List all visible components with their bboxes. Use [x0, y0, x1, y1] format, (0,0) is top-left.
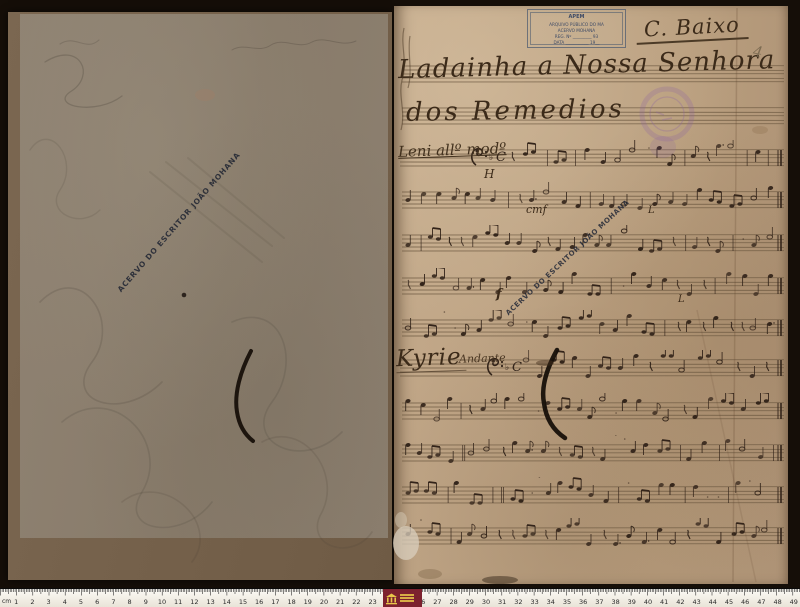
- ruler-number: 39: [628, 598, 636, 606]
- ruler-number: 45: [725, 598, 733, 606]
- ruler-unit-label: cm: [2, 598, 11, 605]
- ruler-number: 49: [790, 598, 798, 606]
- ruler-number: 41: [660, 598, 668, 606]
- margin-tick-1: L: [648, 205, 655, 216]
- ruler-number: 33: [530, 598, 538, 606]
- ruler-number: 47: [757, 598, 765, 606]
- ruler-number: 6: [95, 598, 99, 606]
- registry-line: DATA ___________ 19__: [531, 40, 622, 46]
- left-cover-inner-sheet: [20, 14, 388, 538]
- ruler-number: 29: [466, 598, 474, 606]
- ruler-number: 14: [223, 598, 231, 606]
- ruler-number: 30: [482, 598, 490, 606]
- ruler-number: 37: [595, 598, 603, 606]
- ruler-number: 44: [709, 598, 717, 606]
- ruler-number: 13: [206, 598, 214, 606]
- ruler-number: 32: [514, 598, 522, 606]
- building-icon: [385, 592, 398, 605]
- archive-logo: [383, 589, 422, 606]
- registry-stamp-box: APEM ARQUIVO PÚBLICO DO MA ACERVO MOHANA…: [527, 9, 626, 48]
- tempo-marking: Leni allº modº: [398, 139, 507, 161]
- dynamic-marking-mf: cmf: [526, 203, 547, 216]
- music-staff: [402, 435, 784, 475]
- ruler-number: 11: [174, 598, 182, 606]
- ruler-number: 5: [79, 598, 83, 606]
- ruler-number: 10: [158, 598, 166, 606]
- music-staff: [402, 518, 784, 558]
- ruler-number: 16: [255, 598, 263, 606]
- logo-text-bars: [400, 594, 414, 602]
- ruler-number: 42: [676, 598, 684, 606]
- ruler-number: 38: [611, 598, 619, 606]
- annotation-h: H: [484, 167, 494, 181]
- margin-tick-2: L: [678, 294, 685, 305]
- title-line-2: dos Remedios: [406, 94, 625, 128]
- ruler-number: 34: [547, 598, 555, 606]
- ruler-number: 18: [287, 598, 295, 606]
- ruler-number: 23: [368, 598, 376, 606]
- ruler-number: 19: [304, 598, 312, 606]
- left-cover-page: [8, 12, 392, 580]
- ruler-number: 21: [336, 598, 344, 606]
- registry-stamp-text: APEM ARQUIVO PÚBLICO DO MA ACERVO MOHANA…: [530, 12, 623, 45]
- ruler-number: 22: [352, 598, 360, 606]
- ruler-number: 4: [63, 598, 67, 606]
- ruler-number: 9: [144, 598, 148, 606]
- ruler-number: 43: [692, 598, 700, 606]
- dynamic-marking-f: f: [496, 287, 502, 302]
- svg-text:♭: ♭: [505, 363, 509, 373]
- section-tempo-andante: Andante: [459, 351, 506, 366]
- section-heading-kyrie: Kyrie: [396, 344, 467, 373]
- ruler-number: 46: [741, 598, 749, 606]
- music-staff: [402, 393, 784, 433]
- ruler-number: 1: [14, 598, 18, 606]
- ruler-number: 48: [773, 598, 781, 606]
- ruler-number: 3: [47, 598, 51, 606]
- music-staff: [402, 182, 784, 222]
- ruler-number: 2: [30, 598, 34, 606]
- music-staff: [402, 477, 784, 517]
- ruler-number: 20: [320, 598, 328, 606]
- ruler-number: 35: [563, 598, 571, 606]
- svg-text:C: C: [512, 360, 522, 375]
- cm-ruler: cm 1234567891011121314151617181920212223…: [0, 588, 800, 606]
- manuscript-scan: ♭ C: [0, 0, 800, 606]
- music-staff: [402, 268, 784, 308]
- ruler-number: 12: [190, 598, 198, 606]
- ruler-number: 15: [239, 598, 247, 606]
- registry-line: APEM: [531, 14, 622, 22]
- ruler-number: 7: [111, 598, 115, 606]
- ruler-number: 27: [433, 598, 441, 606]
- ruler-number: 8: [128, 598, 132, 606]
- ruler-number: 40: [644, 598, 652, 606]
- ruler-number: 28: [449, 598, 457, 606]
- ruler-number: 17: [271, 598, 279, 606]
- ruler-number: 36: [579, 598, 587, 606]
- ruler-number: 31: [498, 598, 506, 606]
